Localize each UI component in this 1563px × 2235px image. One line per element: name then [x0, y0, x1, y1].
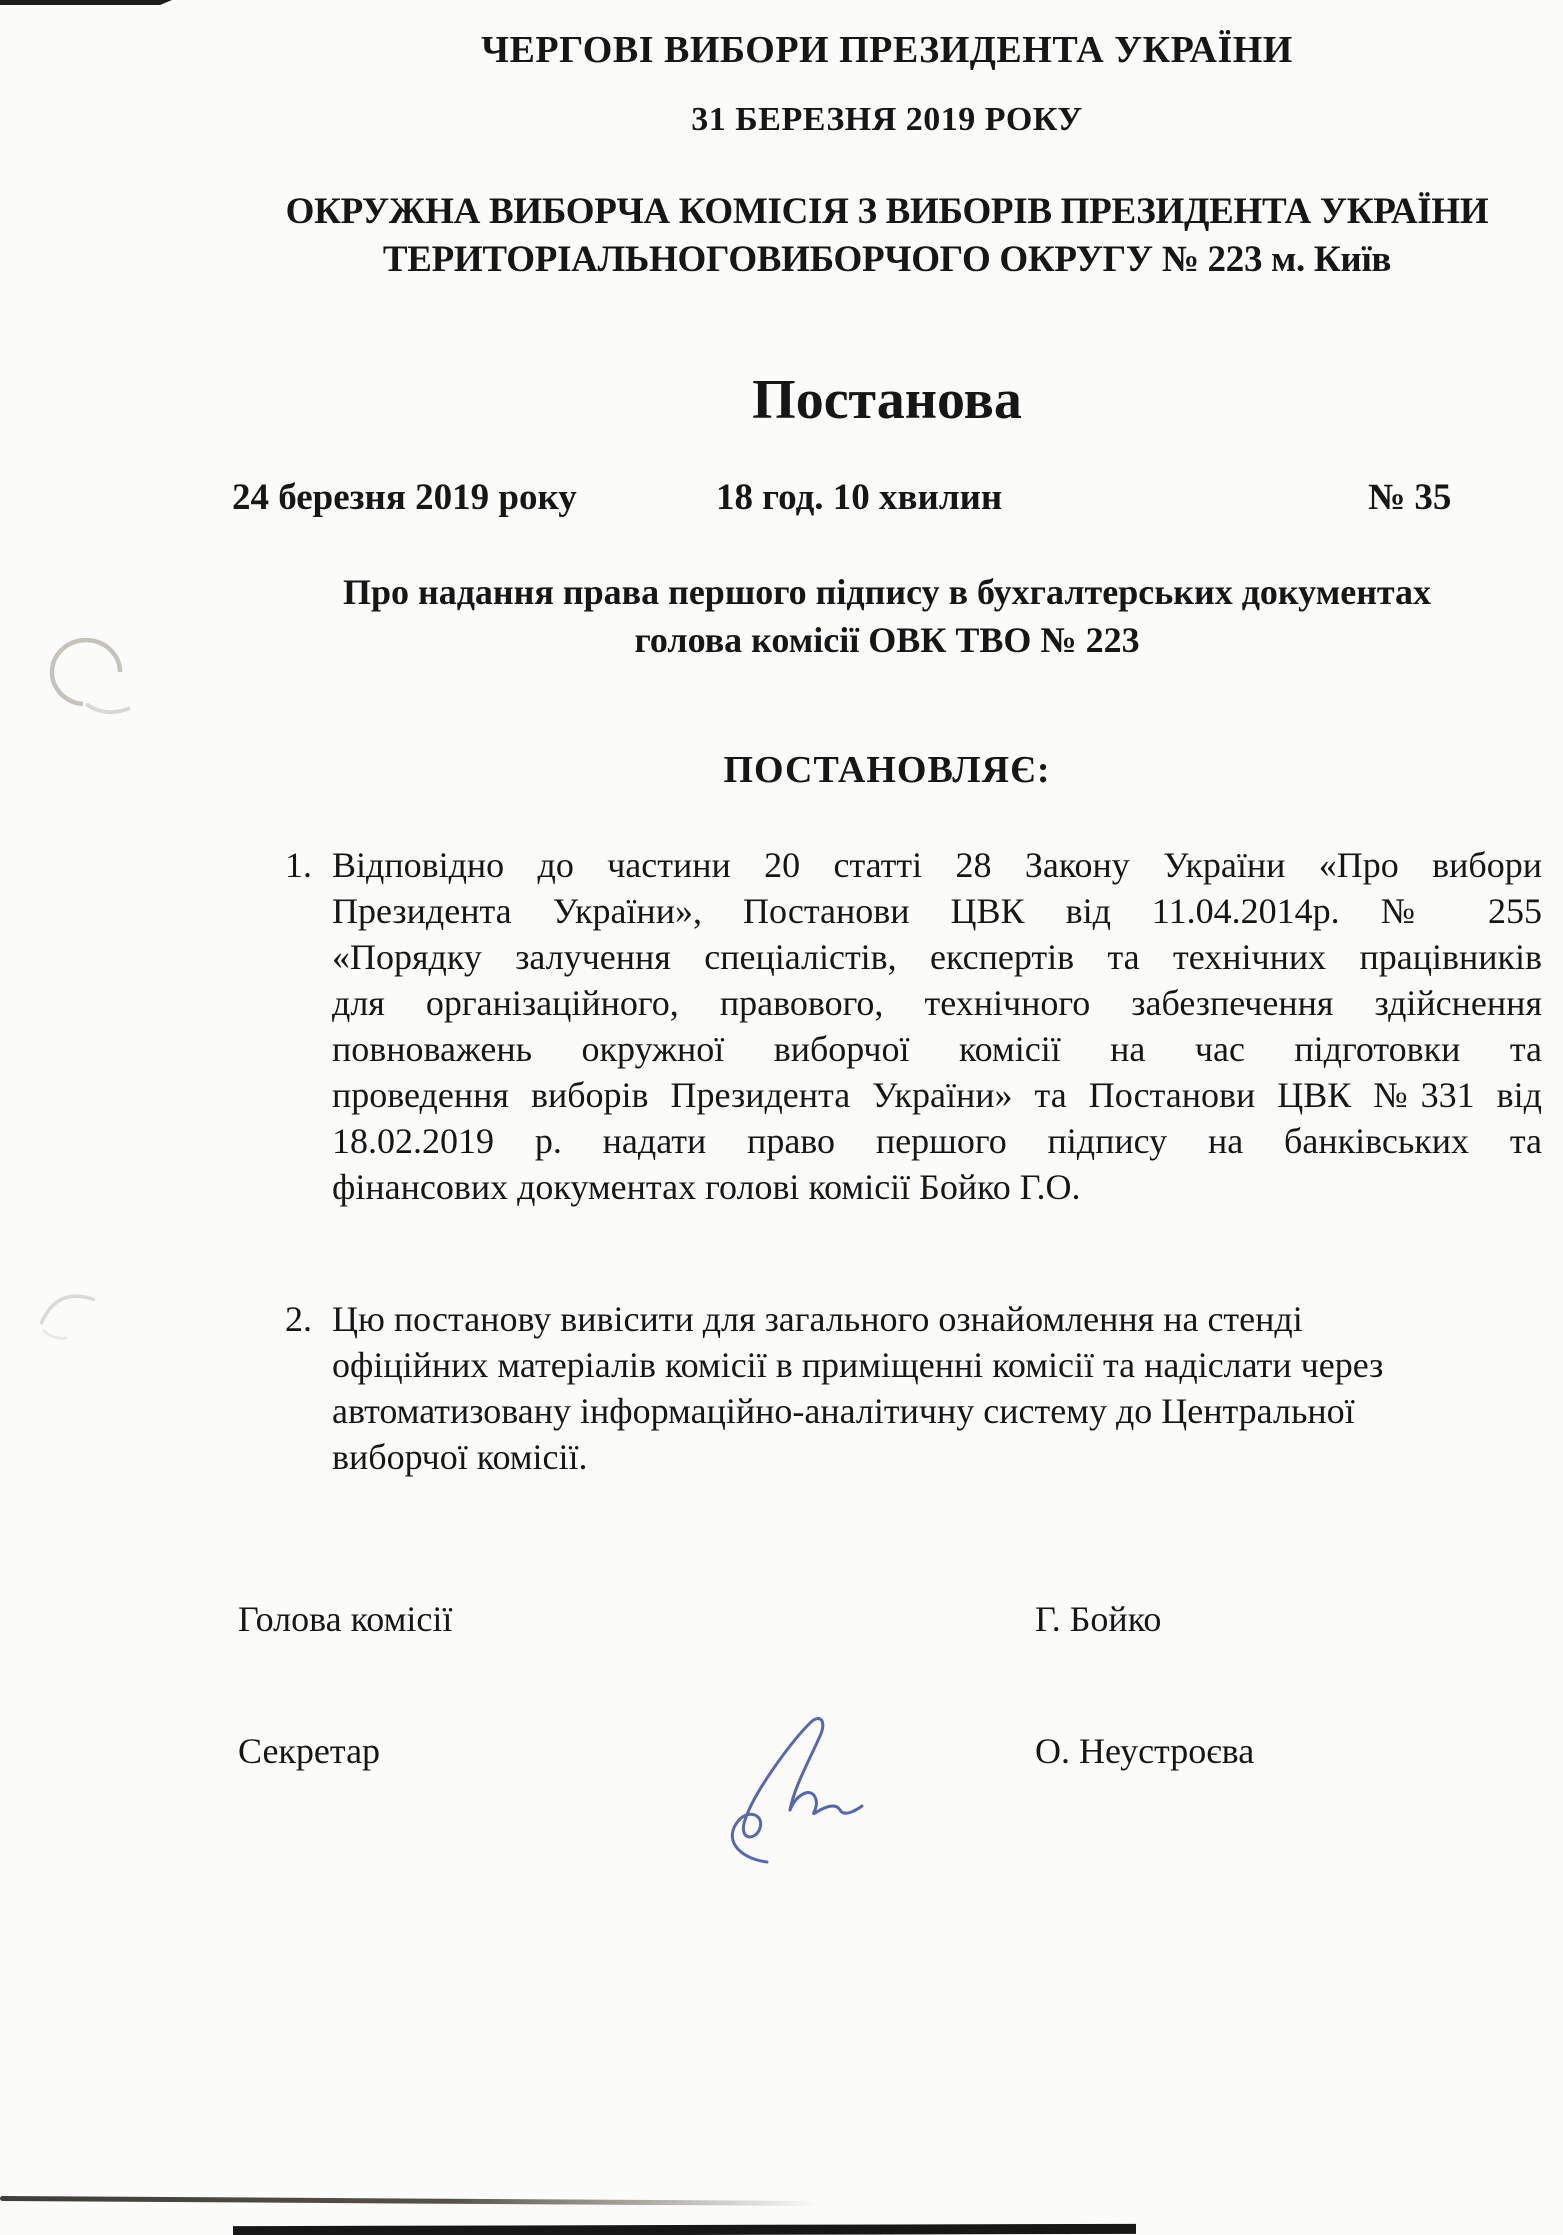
scan-arc-stroke [33, 1278, 113, 1353]
text-line: повноважень окружної виборчої комісії на… [332, 1026, 1542, 1072]
subject-line-1: Про надання права першого підпису в бухг… [232, 568, 1542, 616]
text-line: для організаційного, правового, технічно… [332, 980, 1542, 1026]
text-line: 18.02.2019 р. надати право першого підпи… [332, 1118, 1542, 1164]
scanned-document-page: ЧЕРГОВІ ВИБОРИ ПРЕЗИДЕНТА УКРАЇНИ 31 БЕР… [0, 0, 1563, 2235]
header-commission-name: ОКРУЖНА ВИБОРЧА КОМІСІЯ З ВИБОРІВ ПРЕЗИД… [232, 188, 1542, 236]
resolution-date: 24 березня 2019 року [232, 476, 577, 519]
resolution-time: 18 год. 10 хвилин [716, 476, 1002, 519]
signature-role-head: Голова комісії [238, 1596, 1035, 1642]
header-district-name: ТЕРИТОРІАЛЬНОГОВИБОРЧОГО ОКРУГУ № 223 м.… [232, 236, 1542, 284]
subject-block: Про надання права першого підпису в бухг… [232, 568, 1542, 664]
subject-line-2: голова комісії ОВК ТВО № 223 [232, 616, 1542, 664]
text-line: Президента України», Постанови ЦВК від 1… [332, 888, 1542, 934]
signature-row-secretary: Секретар О. Неустроєва [232, 1728, 1542, 1774]
document-title: Постанова [232, 370, 1542, 430]
resolution-item-1: 1. Відповідно до частини 20 статті 28 За… [232, 842, 1542, 1210]
text-line: автоматизовану інформаційно-аналітичну с… [332, 1388, 1542, 1434]
resolves-heading: ПОСТАНОВЛЯЄ: [232, 748, 1542, 792]
signature-ink-strokes [705, 1708, 885, 1883]
text-line: Відповідно до частини 20 статті 28 Закон… [332, 842, 1542, 888]
text-line: Цю постанову вивісити для загального озн… [332, 1296, 1542, 1342]
scan-crease-line [0, 2196, 818, 2206]
scan-black-bar [233, 2224, 1136, 2235]
item-2-text: Цю постанову вивісити для загального озн… [332, 1296, 1542, 1480]
resolution-item-2: 2. Цю постанову вивісити для загального … [232, 1296, 1542, 1480]
text-line: виборчої комісії. [332, 1434, 1542, 1480]
header-election-title: ЧЕРГОВІ ВИБОРИ ПРЕЗИДЕНТА УКРАЇНИ [232, 28, 1542, 72]
scan-artifact-arc [33, 1278, 113, 1353]
signature-role-secretary: Секретар [238, 1728, 1035, 1774]
text-line: фінансових документах голові комісії Бой… [332, 1164, 1542, 1210]
handwritten-signature [705, 1708, 885, 1883]
text-line: проведення виборів Президента України» т… [332, 1072, 1542, 1118]
resolution-number: № 35 [1368, 476, 1451, 519]
signature-row-head: Голова комісії Г. Бойко [232, 1596, 1542, 1642]
scan-artifact-ring [28, 638, 138, 718]
scan-edge-mark [0, 0, 172, 5]
header-election-date: 31 БЕРЕЗНЯ 2019 РОКУ [232, 100, 1542, 140]
text-line: офіційних матеріалів комісії в приміщенн… [332, 1342, 1542, 1388]
item-1-text: Відповідно до частини 20 статті 28 Закон… [332, 842, 1542, 1210]
scan-ring-strokes [28, 638, 138, 718]
document-content: ЧЕРГОВІ ВИБОРИ ПРЕЗИДЕНТА УКРАЇНИ 31 БЕР… [232, 0, 1542, 1774]
text-line: «Порядку залучення спеціалістів, експерт… [332, 934, 1542, 980]
meta-row: 24 березня 2019 року 18 год. 10 хвилин №… [232, 476, 1542, 524]
item-2-number: 2. [285, 1296, 332, 1480]
signature-name-head: Г. Бойко [1035, 1596, 1161, 1642]
signature-name-secretary: О. Неустроєва [1035, 1728, 1254, 1774]
item-1-number: 1. [285, 842, 332, 1210]
